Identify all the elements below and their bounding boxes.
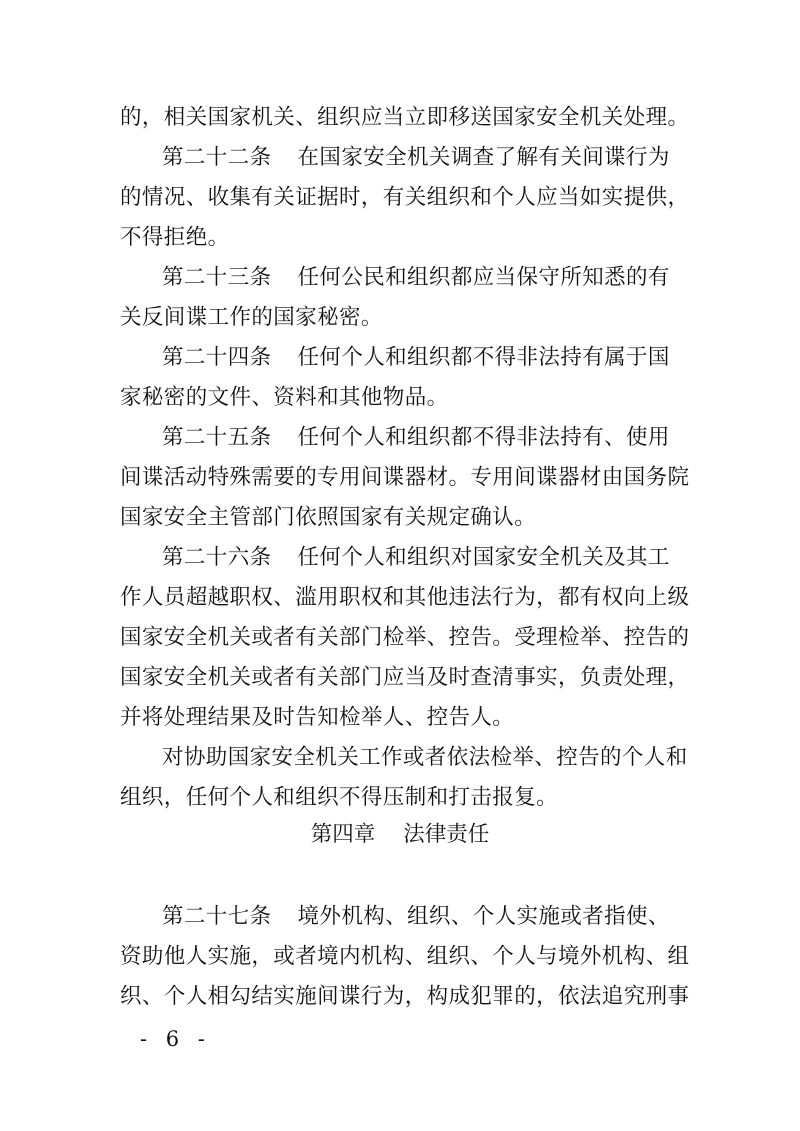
paragraph-line: 并将处理结果及时告知检举人、控告人。 <box>120 704 680 732</box>
article-number: 第二十三条 <box>162 265 272 290</box>
article-text: 任何个人和组织都不得非法持有属于国 <box>298 345 670 370</box>
paragraph-line: 国家安全机关或者有关部门应当及时查清事实，负责处理， <box>120 664 680 692</box>
article-number: 第二十六条 <box>162 545 272 570</box>
paragraph-line: 间谍活动特殊需要的专用间谍器材。专用间谍器材由国务院 <box>120 464 680 492</box>
article-number: 第二十五条 <box>162 425 272 450</box>
article-text: 任何个人和组织都不得非法持有、使用 <box>298 425 670 450</box>
paragraph-line: 家秘密的文件、资料和其他物品。 <box>120 384 680 412</box>
paragraph-line: 作人员超越职权、滥用职权和其他违法行为，都有权向上级 <box>120 584 680 612</box>
paragraph-line: 对协助国家安全机关工作或者依法检举、控告的个人和 <box>162 744 680 772</box>
chapter-heading: 第四章法律责任 <box>0 821 800 849</box>
paragraph-line: 的情况、收集有关证据时，有关组织和个人应当如实提供， <box>120 184 680 212</box>
paragraph-line: 国家安全机关或者有关部门检举、控告。受理检举、控告的 <box>120 624 680 652</box>
paragraph-line: 织、个人相勾结实施间谍行为，构成犯罪的，依法追究刑事 <box>120 983 680 1011</box>
article-text: 在国家安全机关调查了解有关间谍行为 <box>298 145 670 170</box>
article-23-heading-line: 第二十三条任何公民和组织都应当保守所知悉的有 <box>162 264 680 292</box>
page-number: - 6 - <box>140 1025 211 1053</box>
article-number: 第二十四条 <box>162 345 272 370</box>
paragraph-line: 的，相关国家机关、组织应当立即移送国家安全机关处理。 <box>120 104 680 132</box>
chapter-number: 第四章 <box>311 822 376 847</box>
article-number: 第二十七条 <box>162 904 272 929</box>
article-number: 第二十二条 <box>162 145 272 170</box>
article-27-heading-line: 第二十七条境外机构、组织、个人实施或者指使、 <box>162 903 680 931</box>
chapter-title: 法律责任 <box>403 822 489 847</box>
paragraph-line: 不得拒绝。 <box>120 224 680 252</box>
article-26-heading-line: 第二十六条任何个人和组织对国家安全机关及其工 <box>162 544 680 572</box>
article-text: 任何个人和组织对国家安全机关及其工 <box>298 545 670 570</box>
paragraph-line: 组织，任何个人和组织不得压制和打击报复。 <box>120 784 680 812</box>
paragraph-line: 资助他人实施，或者境内机构、组织、个人与境外机构、组 <box>120 943 680 971</box>
article-24-heading-line: 第二十四条任何个人和组织都不得非法持有属于国 <box>162 344 680 372</box>
article-text: 任何公民和组织都应当保守所知悉的有 <box>298 265 670 290</box>
paragraph-line: 关反间谍工作的国家秘密。 <box>120 304 680 332</box>
paragraph-line: 国家安全主管部门依照国家有关规定确认。 <box>120 504 680 532</box>
article-25-heading-line: 第二十五条任何个人和组织都不得非法持有、使用 <box>162 424 680 452</box>
article-22-heading-line: 第二十二条在国家安全机关调查了解有关间谍行为 <box>162 144 680 172</box>
article-text: 境外机构、组织、个人实施或者指使、 <box>298 904 670 929</box>
